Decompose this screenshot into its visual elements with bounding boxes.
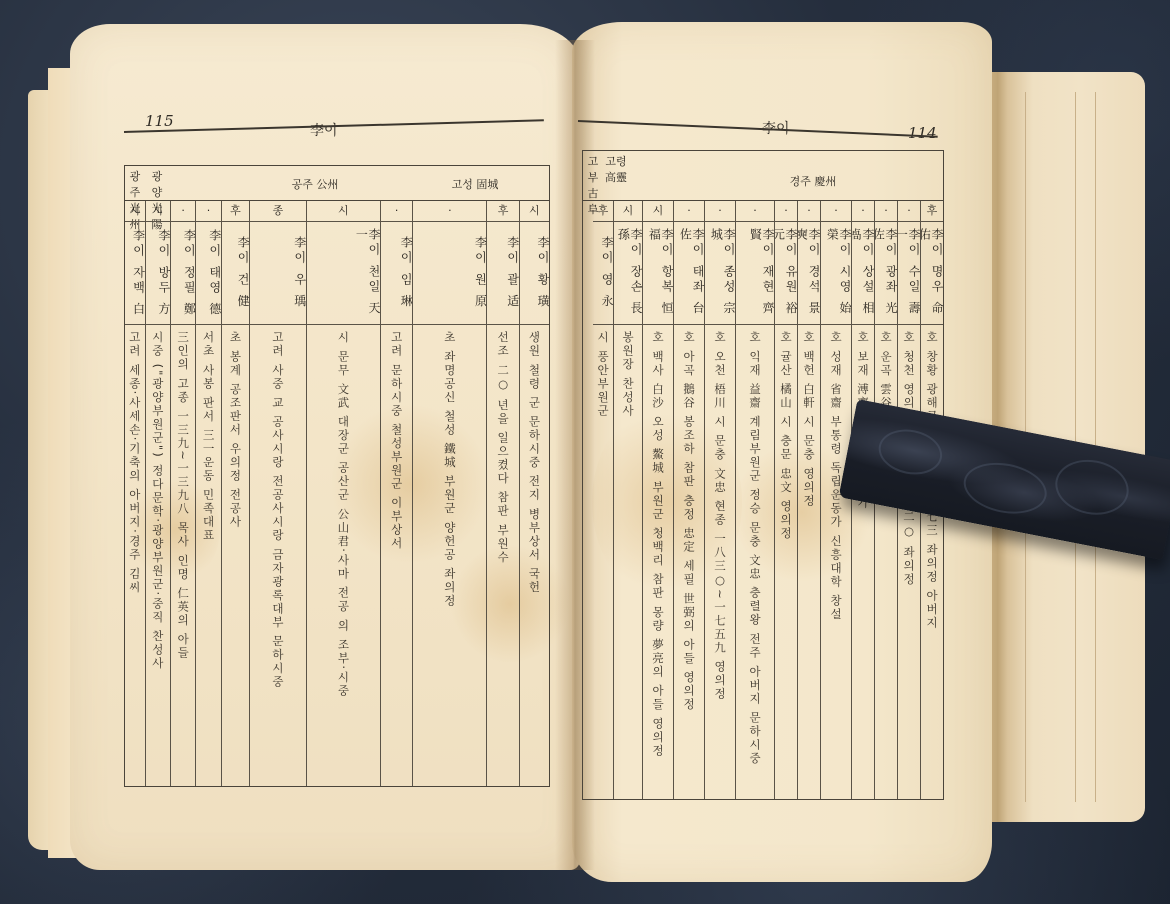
table-column: ·李이 재현 齊賢호 익재 益齋 계림부원군 정승 문충 文忠 충렬왕 전주 아… [735,201,774,799]
table-column: 시李이 자백 白고려 세종·사세손·기축의 아버지·경주 김씨 [125,201,145,786]
right-group-header: 고부 古阜 고령 高靈 경주 慶州 [582,150,944,201]
page-number-right: 114 [908,124,937,142]
table-column: 시李이 천일 天一시 문무 文武 대장군 공산군 公山君·사마 전공 의 조부·… [306,201,380,786]
table-column: 시李이 황 璜생원 철령 군 문하시중 전지 병부상서 국헌 [519,201,549,786]
table-column: ·李이 경석 景奭호 백헌 白軒 시 문충 영의정 [797,201,820,799]
table-column: 시李이 방두 方시중 ("광양부원군") 정다문학·광양부원군·중직 찬성사 [145,201,170,786]
table-column: 후李이 영 永시 풍안부원군 [593,201,613,799]
table-column: ·李이 태영 德서초 사봉 판서 三一운동 민족대표 [195,201,220,786]
group-label: 고령 高靈 [605,153,627,185]
left-biography-table: 시李이 황 璜생원 철령 군 문하시중 전지 병부상서 국헌 후李이 괄 适선조… [124,200,550,787]
table-column: 시李이 장손 長孫봉원장 찬성사 [613,201,642,799]
table-column: 시李이 항복 恒福호 백사 白沙 오성 鰲城 부원군 청백리 참판 몽량 夢亮의… [642,201,673,799]
table-column: ·李이 원 原초 좌명공신 철성 鐵城 부원군 양헌공 좌의정 [412,201,486,786]
table-column: 종李이 우 瑀고려 사중 교 공사시랑 전공사시랑 금자광록대부 문하시중 [249,201,306,786]
table-column: 후李이 괄 适선조 二○ 년을 일으켰다 참판 부원수 [486,201,518,786]
running-head-left: 李이 [310,120,338,140]
group-label: 경주 慶州 [773,173,853,189]
table-column: ·李이 태좌 台佐호 아곡 鵝谷 봉조하 참판 충정 忠定 세필 世弼의 아들 … [673,201,704,799]
table-column: ·李이 시영 始榮호 성재 省齋 부통령 독립운동가 신흥대학 창설 [820,201,851,799]
left-group-header: 광주 光州 광양 光陽 공주 公州 고성 固城 [124,165,550,202]
page-number-left: 115 [145,112,174,130]
table-column: ·李이 유원 裕元호 귤산 橘山 시 충문 忠文 영의정 [774,201,797,799]
table-column: ·李이 정필 鄭三인의 고종 一三九~一三九八 목사 인명 仁英의 아들 [170,201,195,786]
table-column: ·李이 임 琳고려 문하시중 철성부원군 이부상서 [380,201,412,786]
group-label: 고성 固城 [425,176,525,192]
table-column: ·李이 종성 宗城호 오천 梧川 시 문충 文忠 현종 一八三○~一七五九 영의… [704,201,735,799]
group-label: 공주 公州 [265,176,365,192]
table-column: 후李이 건 健초 봉계 공조판서 우의정 전공사 [221,201,249,786]
